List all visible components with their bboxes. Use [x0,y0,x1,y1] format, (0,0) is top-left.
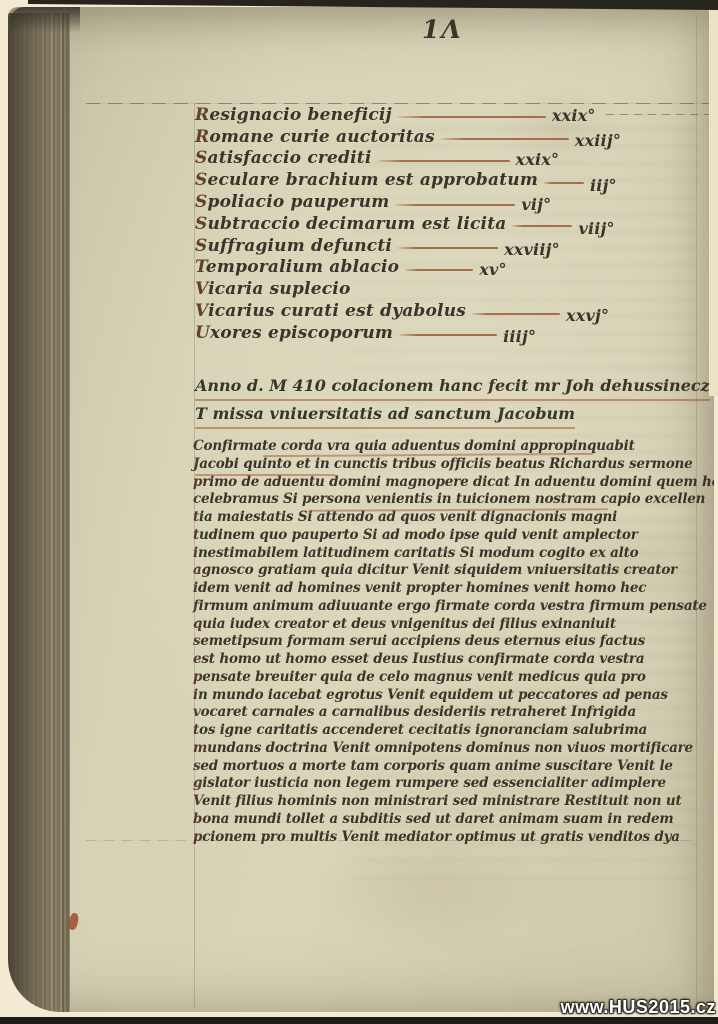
rubric-connector-line [472,313,560,315]
index-entry-title: Temporalium ablacio [195,257,399,277]
rubric-connector-line [405,269,473,271]
index-entry-title: Spoliacio pauperum [195,192,389,212]
index-entry-title: Seculare brachium est approbatum [195,170,538,190]
index-list: Resignacio beneficij xxix° Romane curie … [195,104,707,344]
rubric-connector-line [544,182,584,184]
sermon-line: tudinem quo pauperto Si ad modo ipse qui… [193,527,701,545]
sermon-line: Venit filius hominis non ministrari sed … [193,793,701,811]
scan-border-bottom [0,1017,718,1024]
colophon-note-line: T missa vniuersitatis ad sanctum Jacobum [195,401,575,429]
index-entry: Vicarius curati est dyabolus xxvj° [195,300,707,322]
manuscript-page: 1Λ Resignacio beneficij xxix° Romane cur… [8,7,714,1012]
index-entry-title: Suffragium defuncti [195,236,392,256]
rubric-underline [195,474,335,476]
index-entry-numeral: iij° [590,176,617,195]
rubric-connector-line [398,247,498,249]
sermon-line: celebramus Si persona venientis in tuici… [193,491,701,509]
sermon-line: sed mortuos a morte tam corporis quam an… [193,758,701,776]
index-entry: Resignacio beneficij xxix° [195,104,707,126]
sermon-line: gislator iusticia non legem rumpere sed … [193,775,701,793]
index-entry-title: Uxores episcoporum [195,323,393,343]
index-entry: Romane curie auctoritas xxiij° [195,126,707,148]
sermon-line: vocaret carnales a carnalibus desideriis… [193,704,701,722]
sermon-line: idem venit ad homines venit propter homi… [193,580,701,598]
sermon-line: in mundo iacebat egrotus Venit equidem u… [193,687,701,705]
index-entry: Satisfaccio crediti xxix° [195,148,707,170]
index-entry-title: Romane curie auctoritas [195,127,435,147]
sermon-line: semetipsum formam serui accipiens deus e… [193,633,701,651]
sermon-line: inestimabilem latitudinem caritatis Si m… [193,545,701,563]
sermon-line: agnosco gratiam quia dicitur Venit siqui… [193,562,701,580]
rubric-connector-line [398,116,546,118]
index-entry: Temporalium ablacio xv° [195,257,707,279]
index-entry-numeral: xxiij° [575,131,621,150]
colophon-note: Anno d. M 410 colacionem hanc fecit mr J… [195,373,700,429]
index-entry-numeral: xxix° [552,106,596,125]
red-edge-mark [68,912,79,930]
rubric-connector-line [512,225,572,227]
index-entry-numeral: viij° [578,219,614,238]
index-entry: Seculare brachium est approbatum iij° [195,169,707,191]
sermon-line: pensate breuiter quia de celo magnus ven… [193,669,701,687]
sermon-line: Jacobi quinto et in cunctis tribus offic… [193,456,701,474]
rubric-connector-line [378,160,510,162]
index-entry-title: Subtraccio decimarum est licita [195,214,506,234]
book-page-edges [8,13,70,1012]
rubric-connector-line [399,334,497,336]
index-entry-numeral: iiij° [503,327,536,346]
sermon-line: quia iudex creator et deus vnigenitus de… [193,616,701,634]
ruling-dashes [606,114,714,115]
folio-number: 1Λ [422,15,463,44]
index-entry-numeral: xxvj° [566,306,609,325]
index-entry-title: Vicaria suplecio [195,279,351,299]
index-entry-numeral: xxviij° [504,240,560,259]
sermon-line: tia maiestatis Si attendo ad quos venit … [193,509,701,527]
index-entry: Uxores episcoporum iiij° [195,322,707,344]
rubric-connector-line [395,204,515,206]
sermon-text-block: Confirmate corda vra quia aduentus domin… [193,438,701,846]
rubric-connector-line [441,138,569,140]
index-entry: Subtraccio decimarum est licita viij° [195,213,707,235]
index-entry-title: Vicarius curati est dyabolus [195,301,466,321]
scan-background-right [709,6,718,396]
sermon-line: primo de aduentu domini magnopere dicat … [193,474,701,492]
book-edge-shadow [10,7,80,33]
sermon-line: est homo ut homo esset deus Iustius conf… [193,651,701,669]
index-entry-numeral: xxix° [516,150,560,169]
index-entry: Suffragium defuncti xxviij° [195,235,707,257]
index-entry: Vicaria suplecio [195,278,707,300]
index-entry-title: Resignacio beneficij [195,105,392,125]
sermon-line: pcionem pro multis Venit mediator optimu… [193,829,701,847]
sermon-line: firmum animum adiuuante ergo firmate cor… [193,598,701,616]
manuscript-scan: 1Λ Resignacio beneficij xxix° Romane cur… [0,0,718,1024]
sermon-line: mundans doctrina Venit omnipotens dominu… [193,740,701,758]
index-entry-numeral: xv° [479,260,506,279]
sermon-line: tos igne caritatis accenderet cecitatis … [193,722,701,740]
colophon-note-line: Anno d. M 410 colacionem hanc fecit mr J… [195,373,710,401]
index-entry: Spoliacio pauperum vij° [195,191,707,213]
website-watermark: www.HUS2015.cz [561,997,716,1018]
index-entry-numeral: vij° [521,195,551,214]
sermon-line: bona mundi tollet a subditis sed ut dare… [193,811,701,829]
index-entry-title: Satisfaccio crediti [195,148,372,168]
